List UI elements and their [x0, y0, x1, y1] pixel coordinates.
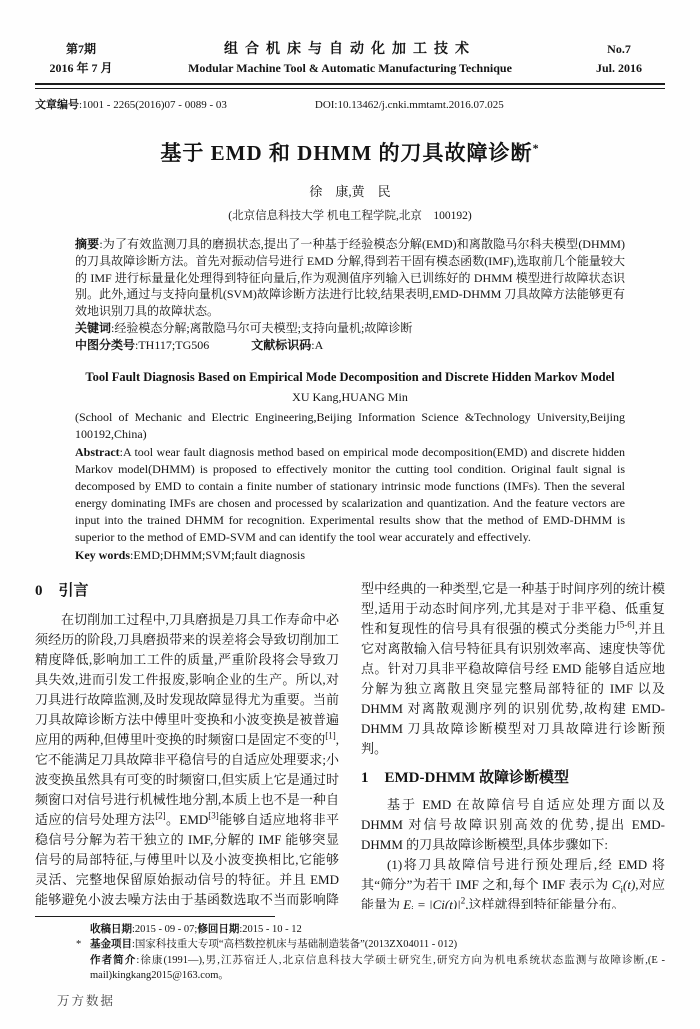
- section-0-title: 引言: [59, 583, 89, 599]
- wanfang-watermark: 万方数据: [57, 991, 115, 1009]
- english-block: Tool Fault Diagnosis Based on Empirical …: [75, 369, 625, 564]
- intro-paragraph: 在切削加工过程中,刀具磨损是刀具工作寿命中必须经历的阶段,刀具磨损带来的误差将会…: [35, 610, 339, 909]
- affiliation-en: (School of Mechanic and Electric Enginee…: [75, 409, 625, 443]
- section-1-number: 1: [361, 770, 369, 786]
- article-title: 基于 EMD 和 DHMM 的刀具故障诊断*: [35, 137, 665, 167]
- clc-value: :TH117;TG506: [135, 338, 209, 352]
- footnote-dates: 收稿日期:2015 - 09 - 07;修回日期:2015 - 10 - 12: [35, 922, 665, 938]
- footnotes-block: 收稿日期:2015 - 09 - 07;修回日期:2015 - 10 - 12 …: [35, 916, 665, 984]
- authors-cn: 徐 康,黄 民: [35, 181, 665, 200]
- bio-label: 作者简介: [90, 955, 136, 966]
- clc-line: 中图分类号:TH117;TG506文献标识码:A: [75, 337, 625, 354]
- journal-title-cn: 组合机床与自动化加工技术: [127, 40, 573, 59]
- authors-en: XU Kang,HUANG Min: [75, 389, 625, 406]
- intro-text-1: 在切削加工过程中,刀具磨损是刀具工作寿命中必须经历的阶段,刀具磨损带来的误差将会…: [35, 612, 339, 747]
- intro-text-3: 。EMD: [166, 812, 209, 827]
- fund-star: *: [76, 937, 81, 953]
- step-1-paragraph: (1)将刀具故障信号进行预处理后,经 EMD 将其“筛分”为若干 IMF 之和,…: [361, 855, 665, 909]
- math-var-C: C: [612, 877, 621, 892]
- citation-2: [2]: [155, 810, 166, 820]
- article-title-text: 基于 EMD 和 DHMM 的刀具故障诊断: [160, 141, 532, 165]
- revised-date-value: :2015 - 10 - 12: [239, 924, 301, 935]
- journal-title-block: 组合机床与自动化加工技术 Modular Machine Tool & Auto…: [127, 40, 573, 78]
- body-columns: 0引言 在切削加工过程中,刀具磨损是刀具工作寿命中必须经历的阶段,刀具磨损带来的…: [35, 579, 665, 909]
- footnote-fund: *基金项目:国家科技重大专项“高档数控机床与基础制造装备”(2013ZX0401…: [35, 937, 665, 953]
- citation-3: [3]: [208, 810, 219, 820]
- journal-title-en: Modular Machine Tool & Automatic Manufac…: [127, 59, 573, 78]
- doc-code-value: :A: [311, 338, 323, 352]
- received-date-label: 收稿日期: [90, 924, 132, 935]
- abstract-cn-label: 摘要: [75, 237, 99, 251]
- issue-date-en: Jul. 2016: [573, 59, 665, 78]
- section-0-number: 0: [35, 583, 43, 599]
- article-number-value: :1001 - 2265(2016)07 - 0089 - 03: [79, 99, 227, 111]
- journal-header: 第7期 2016 年 7 月 组合机床与自动化加工技术 Modular Mach…: [35, 40, 665, 78]
- affiliation-cn: (北京信息科技大学 机电工程学院,北京 100192): [35, 207, 665, 223]
- header-divider: [35, 83, 665, 89]
- abstract-cn-text: :为了有效监测刀具的磨损状态,提出了一种基于经验模态分解(EMD)和离散隐马尔科…: [75, 237, 625, 318]
- footnote-bio: 作者简介:徐康(1991—),男,江苏宿迁人,北京信息科技大学硕士研究生,研究方…: [35, 953, 665, 984]
- citation-5-6: [5-6]: [617, 619, 635, 629]
- paper-page: 第7期 2016 年 7 月 组合机床与自动化加工技术 Modular Mach…: [0, 0, 700, 1029]
- cont-text-2: ,并且它对离散输入信号特征具有识别效率高、速度快等优点。针对刀具非平稳故障信号经…: [361, 621, 665, 756]
- math-paren-t: (t): [623, 877, 635, 892]
- doc-code-label: 文献标识码: [251, 338, 311, 352]
- revised-date-label: 修回日期: [197, 924, 239, 935]
- model-intro-paragraph: 基于 EMD 在故障信号自适应处理方面以及 DHMM 对信号故障识别高效的优势,…: [361, 795, 665, 855]
- fund-value: :国家科技重大专项“高档数控机床与基础制造装备”(2013ZX04011 - 0…: [132, 939, 457, 950]
- fund-label: 基金项目: [90, 939, 132, 950]
- title-footnote-star: *: [533, 141, 540, 155]
- abstract-cn: 摘要:为了有效监测刀具的磨损状态,提出了一种基于经验模态分解(EMD)和离散隐马…: [75, 236, 625, 320]
- issue-date-cn: 2016 年 7 月: [35, 59, 127, 78]
- keywords-en-label: Key words: [75, 548, 130, 562]
- issue-number-cn: 第7期: [35, 40, 127, 59]
- abstract-en-label: Abstract: [75, 445, 120, 459]
- bio-value: :徐康(1991—),男,江苏宿迁人,北京信息科技大学硕士研究生,研究方向为机电…: [90, 955, 665, 982]
- header-issue-en-block: No.7 Jul. 2016: [573, 40, 665, 78]
- footnote-divider: [35, 916, 275, 917]
- step1-text-3: ,这样就得到特征能量分布。: [465, 897, 624, 909]
- math-expr-abs: = |Ci(t)|: [414, 897, 461, 909]
- abstract-en: Abstract:A tool wear fault diagnosis met…: [75, 444, 625, 546]
- article-title-en: Tool Fault Diagnosis Based on Empirical …: [61, 369, 639, 386]
- article-number: 文章编号:1001 - 2265(2016)07 - 0089 - 03: [35, 98, 227, 113]
- intro-continuation-paragraph: 型中经典的一种类型,它是一种基于时间序列的统计模型,适用于动态时间序列,尤其是对…: [361, 579, 665, 759]
- abstract-cn-block: 摘要:为了有效监测刀具的磨损状态,提出了一种基于经验模态分解(EMD)和离散隐马…: [75, 236, 625, 354]
- article-doi: DOI:10.13462/j.cnki.mmtamt.2016.07.025: [315, 98, 504, 113]
- left-column: 0引言 在切削加工过程中,刀具磨损是刀具工作寿命中必须经历的阶段,刀具磨损带来的…: [35, 579, 339, 909]
- abstract-en-text: :A tool wear fault diagnosis method base…: [75, 445, 625, 544]
- citation-1: [1]: [325, 730, 336, 740]
- section-0-heading: 0引言: [35, 581, 339, 601]
- keywords-cn-text: :经验模态分解;离散隐马尔可夫模型;支持向量机;故障诊断: [111, 321, 412, 335]
- issue-number-en: No.7: [573, 40, 665, 59]
- section-1-heading: 1EMD-DHMM 故障诊断模型: [361, 768, 665, 788]
- header-issue-block: 第7期 2016 年 7 月: [35, 40, 127, 78]
- right-column: 型中经典的一种类型,它是一种基于时间序列的统计模型,适用于动态时间序列,尤其是对…: [361, 579, 665, 909]
- clc-label: 中图分类号: [75, 338, 135, 352]
- keywords-cn-label: 关键词: [75, 321, 111, 335]
- article-number-label: 文章编号: [35, 99, 79, 111]
- section-1-title: EMD-DHMM 故障诊断模型: [385, 770, 570, 786]
- keywords-cn: 关键词:经验模态分解;离散隐马尔可夫模型;支持向量机;故障诊断: [75, 320, 625, 337]
- keywords-en: Key words:EMD;DHMM;SVM;fault diagnosis: [75, 547, 625, 564]
- keywords-en-text: :EMD;DHMM;SVM;fault diagnosis: [130, 548, 305, 562]
- received-date-value: :2015 - 09 - 07;: [132, 924, 197, 935]
- article-meta-row: 文章编号:1001 - 2265(2016)07 - 0089 - 03 DOI…: [35, 98, 665, 113]
